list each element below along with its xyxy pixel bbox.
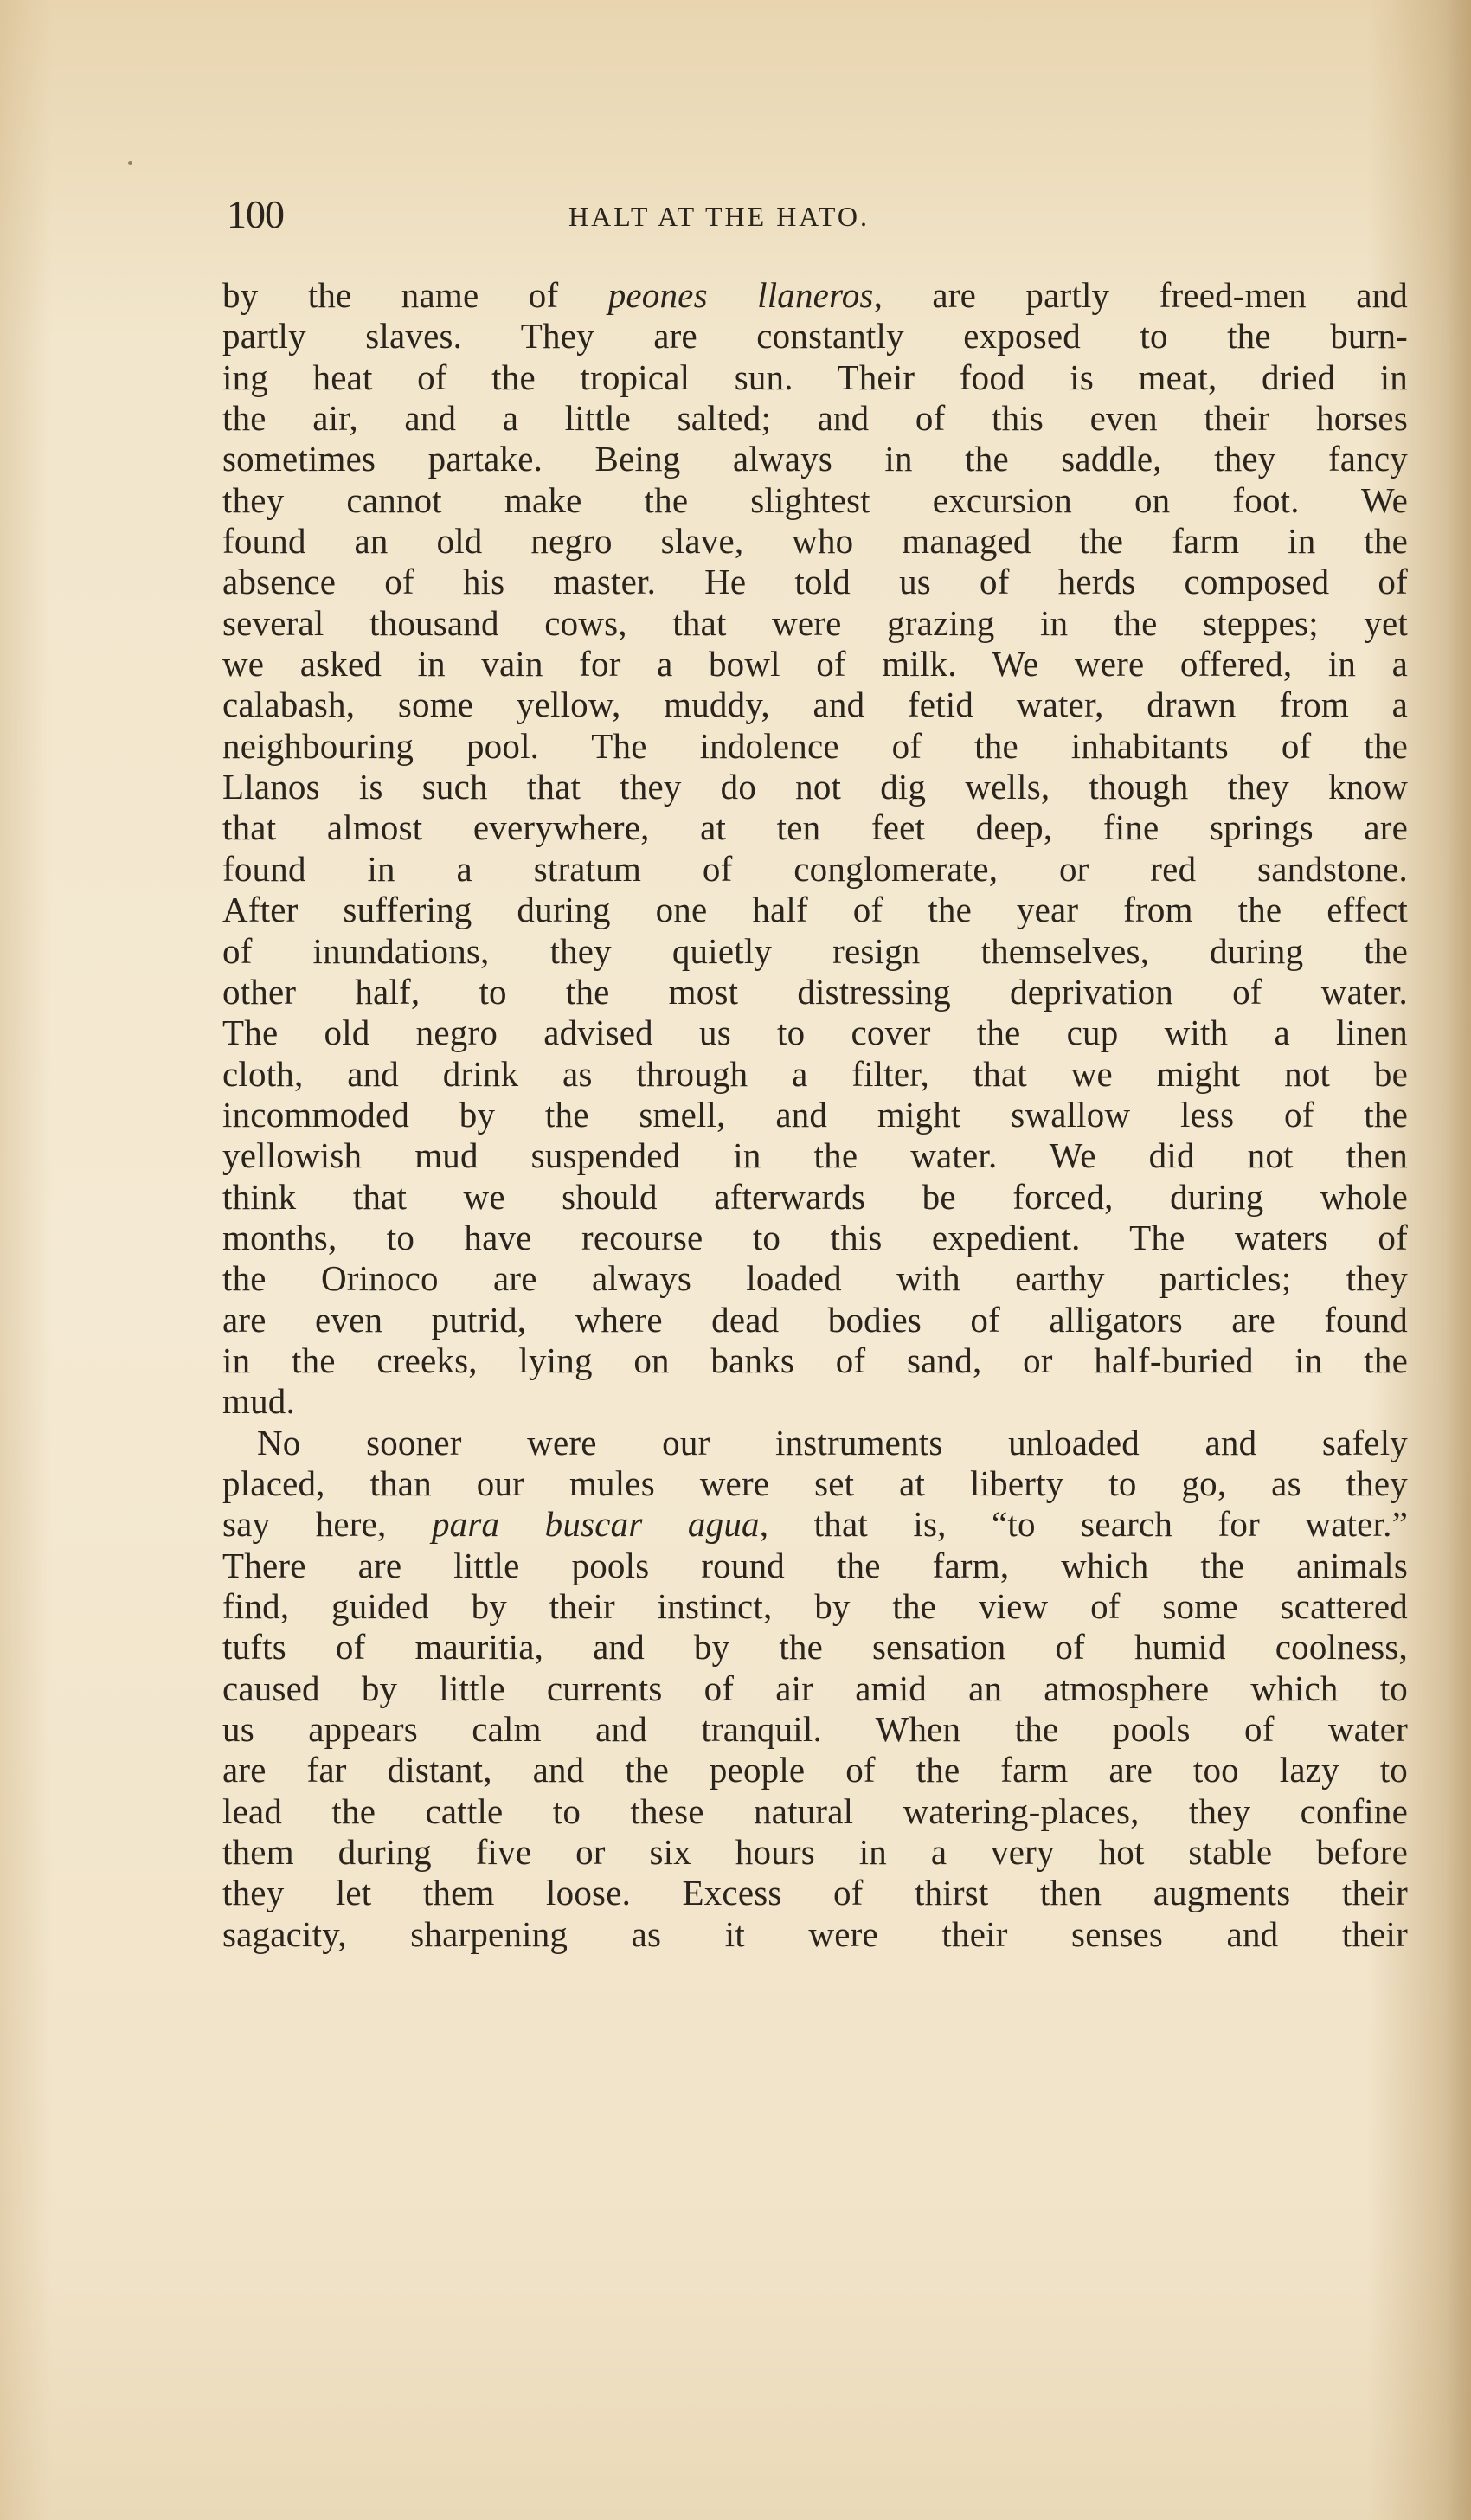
text-run: other half, to the most distressing depr…: [222, 972, 1408, 1012]
text-run: they cannot make the slightest excursion…: [222, 480, 1408, 520]
text-line: think that we should afterwards be force…: [222, 1177, 1408, 1218]
text-run: cloth, and drink as through a filter, th…: [222, 1054, 1408, 1094]
text-run: we asked in vain for a bowl of milk. We …: [222, 644, 1408, 684]
text-line: tufts of mauritia, and by the sensation …: [222, 1627, 1408, 1668]
text-run: them during five or six hours in a very …: [222, 1832, 1408, 1872]
text-line: neighbouring pool. The indolence of the …: [222, 726, 1408, 767]
text-run: mud.: [222, 1381, 295, 1421]
text-run: There are little pools round the farm, w…: [222, 1546, 1408, 1585]
italic-phrase: peones llaneros: [608, 275, 874, 315]
text-line: found in a stratum of conglomerate, or r…: [222, 849, 1408, 890]
text-line: mud.: [222, 1381, 1408, 1422]
text-line: incommoded by the smell, and might swall…: [222, 1095, 1408, 1135]
text-run: in the creeks, lying on banks of sand, o…: [222, 1340, 1408, 1380]
text-line: found an old negro slave, who managed th…: [222, 521, 1408, 562]
text-run: caused by little currents of air amid an…: [222, 1668, 1408, 1708]
text-line: are even putrid, where dead bodies of al…: [222, 1300, 1408, 1340]
text-run: partly slaves. They are constantly expos…: [222, 316, 1408, 356]
text-run: ing heat of the tropical sun. Their food…: [222, 357, 1408, 397]
body-text: by the name of peones llaneros, are part…: [222, 275, 1408, 1955]
text-run: Llanos is such that they do not dig well…: [222, 767, 1408, 807]
text-line: of inundations, they quietly resign them…: [222, 931, 1408, 972]
text-run: that almost everywhere, at ten feet deep…: [222, 807, 1408, 847]
text-line: we asked in vain for a bowl of milk. We …: [222, 644, 1408, 685]
text-line: by the name of peones llaneros, are part…: [222, 275, 1408, 316]
text-run: absence of his master. He told us of her…: [222, 562, 1408, 601]
page-edge-shadow: [1447, 0, 1471, 2520]
text-line: they cannot make the slightest excursion…: [222, 480, 1408, 521]
text-line: After suffering during one half of the y…: [222, 890, 1408, 930]
text-run: The old negro advised us to cover the cu…: [222, 1012, 1408, 1052]
text-line: lead the cattle to these natural waterin…: [222, 1791, 1408, 1832]
text-run: found an old negro slave, who managed th…: [222, 521, 1408, 561]
text-line: they let them loose. Excess of thirst th…: [222, 1873, 1408, 1913]
text-run: incommoded by the smell, and might swall…: [222, 1095, 1408, 1135]
text-line: caused by little currents of air amid an…: [222, 1668, 1408, 1709]
text-line: partly slaves. They are constantly expos…: [222, 316, 1408, 357]
text-run: lead the cattle to these natural waterin…: [222, 1791, 1408, 1831]
text-run: calabash, some yellow, muddy, and fetid …: [222, 685, 1408, 724]
text-run: neighbouring pool. The indolence of the …: [222, 726, 1408, 766]
text-run: sagacity, sharpening as it were their se…: [222, 1914, 1408, 1954]
text-line: say here, para buscar agua, that is, “to…: [222, 1504, 1408, 1545]
text-line: There are little pools round the farm, w…: [222, 1546, 1408, 1586]
text-run: say here,: [222, 1504, 432, 1544]
running-head: 100 HALT AT THE HATO.: [227, 189, 1412, 241]
text-line: the air, and a little salted; and of thi…: [222, 398, 1408, 439]
text-line: are far distant, and the people of the f…: [222, 1750, 1408, 1790]
text-line: absence of his master. He told us of her…: [222, 562, 1408, 602]
book-page: 100 HALT AT THE HATO. by the name of peo…: [0, 0, 1471, 2520]
text-line: the Orinoco are always loaded with earth…: [222, 1258, 1408, 1299]
text-line: calabash, some yellow, muddy, and fetid …: [222, 685, 1408, 725]
text-line: sagacity, sharpening as it were their se…: [222, 1914, 1408, 1955]
text-run: tufts of mauritia, and by the sensation …: [222, 1627, 1408, 1667]
text-run: sometimes partake. Being always in the s…: [222, 439, 1408, 479]
paragraph-first-line: No sooner were our instruments unloaded …: [222, 1423, 1408, 1463]
text-run: are even putrid, where dead bodies of al…: [222, 1300, 1408, 1340]
text-run: No sooner were our instruments unloaded …: [257, 1423, 1408, 1462]
text-line: us appears calm and tranquil. When the p…: [222, 1709, 1408, 1750]
text-run: several thousand cows, that were grazing…: [222, 603, 1408, 643]
text-line: that almost everywhere, at ten feet deep…: [222, 807, 1408, 848]
text-line: in the creeks, lying on banks of sand, o…: [222, 1340, 1408, 1381]
text-line: other half, to the most distressing depr…: [222, 972, 1408, 1012]
text-line: ing heat of the tropical sun. Their food…: [222, 357, 1408, 398]
text-run: the Orinoco are always loaded with earth…: [222, 1258, 1408, 1298]
text-line: several thousand cows, that were grazing…: [222, 603, 1408, 644]
text-run: placed, than our mules were set at liber…: [222, 1463, 1408, 1503]
text-line: find, guided by their instinct, by the v…: [222, 1586, 1408, 1627]
running-title: HALT AT THE HATO.: [568, 194, 870, 239]
paper-speck: [128, 161, 132, 165]
text-run: of inundations, they quietly resign them…: [222, 931, 1408, 971]
text-run: find, guided by their instinct, by the v…: [222, 1586, 1408, 1626]
text-run: yellowish mud suspended in the water. We…: [222, 1135, 1408, 1175]
text-run: are far distant, and the people of the f…: [222, 1750, 1408, 1790]
text-run: , are partly freed-men and: [874, 275, 1408, 315]
page-number: 100: [227, 189, 284, 241]
text-run: found in a stratum of conglomerate, or r…: [222, 849, 1408, 889]
text-line: The old negro advised us to cover the cu…: [222, 1012, 1408, 1053]
text-run: us appears calm and tranquil. When the p…: [222, 1709, 1408, 1749]
text-line: yellowish mud suspended in the water. We…: [222, 1135, 1408, 1176]
text-run: the air, and a little salted; and of thi…: [222, 398, 1408, 438]
text-line: Llanos is such that they do not dig well…: [222, 767, 1408, 807]
text-line: them during five or six hours in a very …: [222, 1832, 1408, 1873]
text-line: placed, than our mules were set at liber…: [222, 1463, 1408, 1504]
text-run: months, to have recourse to this expedie…: [222, 1218, 1408, 1257]
text-line: months, to have recourse to this expedie…: [222, 1218, 1408, 1258]
italic-phrase: para buscar agua: [432, 1504, 760, 1544]
text-line: cloth, and drink as through a filter, th…: [222, 1054, 1408, 1095]
text-run: they let them loose. Excess of thirst th…: [222, 1873, 1408, 1912]
text-line: sometimes partake. Being always in the s…: [222, 439, 1408, 479]
text-run: , that is, “to search for water.”: [760, 1504, 1408, 1544]
text-run: by the name of: [222, 275, 608, 315]
text-run: After suffering during one half of the y…: [222, 890, 1408, 929]
text-run: think that we should afterwards be force…: [222, 1177, 1408, 1217]
